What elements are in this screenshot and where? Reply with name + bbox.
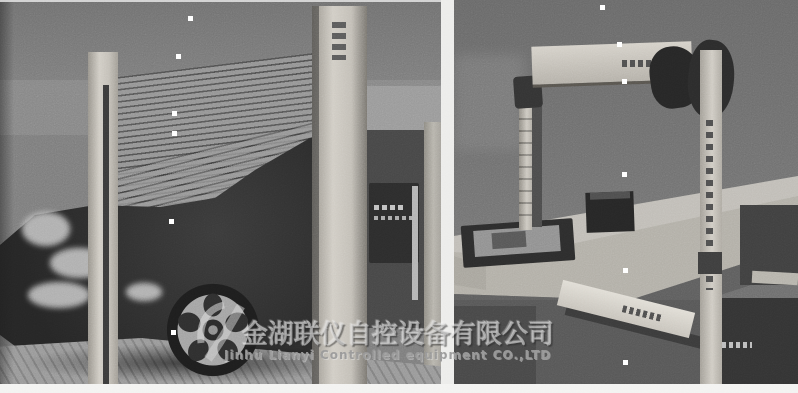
- left-photo: [0, 0, 441, 385]
- photo-collage: 金湖联仪自控设备有限公司 Jinhu Lianyi Controlled equ…: [0, 0, 798, 393]
- bottom-margin: [0, 384, 798, 393]
- equipment-box-marks: [722, 342, 752, 348]
- equipment-box-label: [752, 271, 798, 285]
- watermark-dot: [171, 330, 176, 335]
- small-dark-box-top: [590, 191, 630, 199]
- watermark-dot: [600, 5, 605, 10]
- car-wheel: [165, 282, 261, 378]
- frame-upright-right-joint: [698, 252, 722, 274]
- watermark-dot: [176, 54, 181, 59]
- watermark-dot: [622, 172, 627, 177]
- watermark-dot: [622, 79, 627, 84]
- controller-label-marks: [374, 205, 404, 210]
- watermark-dot: [169, 219, 174, 224]
- car-highlight-blob: [126, 283, 162, 301]
- left-photo-top-edge: [0, 0, 441, 2]
- post-brand-marks: [332, 22, 346, 60]
- frame-upright-left-back: [532, 95, 542, 227]
- controller-label-marks-2: [374, 216, 412, 220]
- car-highlight-blob: [28, 282, 90, 308]
- watermark-dot: [617, 42, 622, 47]
- watermark-dot: [188, 16, 193, 21]
- frame-upright-left-segments: [519, 94, 532, 222]
- car-highlight-blob: [22, 212, 70, 246]
- light-curtain-post-right-optics: [312, 6, 319, 385]
- light-curtain-post-left-optics: [103, 85, 109, 385]
- background-pillar: [424, 122, 441, 385]
- under-table-shadow: [454, 306, 536, 385]
- watermark-dot: [172, 111, 177, 116]
- watermark-dot: [172, 131, 177, 136]
- left-photo-edge-shadow: [0, 0, 14, 385]
- controller-light-strip: [412, 186, 418, 300]
- watermark-dot: [623, 268, 628, 273]
- watermark-dot: [623, 360, 628, 365]
- right-photo-wall-patch: [454, 55, 524, 150]
- right-photo: [454, 0, 798, 385]
- inspection-tray-part: [491, 231, 526, 249]
- photo-divider: [441, 0, 454, 385]
- light-curtain-post-right-shade: [352, 6, 367, 385]
